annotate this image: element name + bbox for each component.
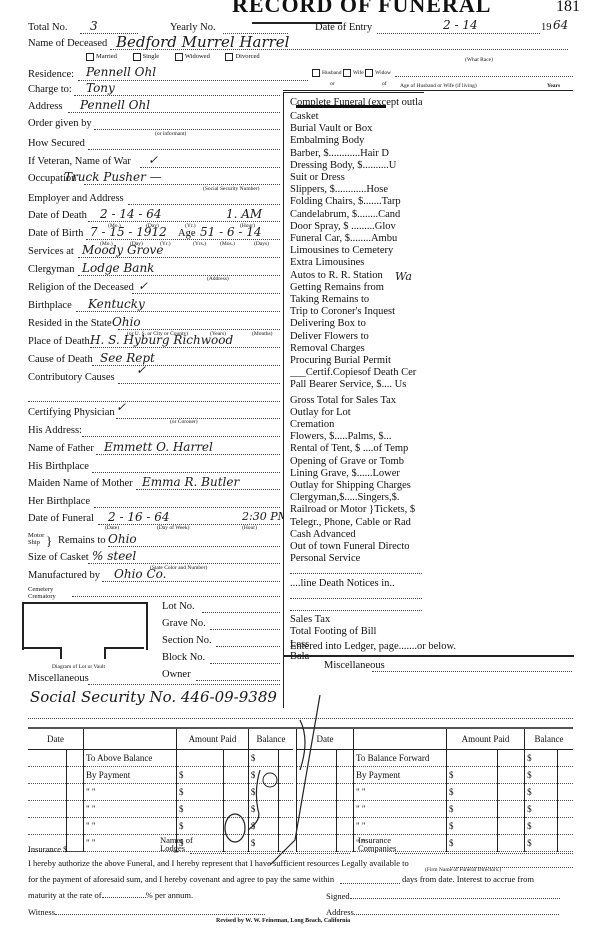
charge-to-value: Tony <box>86 81 115 95</box>
date-of-entry-value: 2 - 14 <box>443 18 478 32</box>
charge-item[interactable]: Clergyman,$.....Singers,$. <box>290 492 422 503</box>
charge-item[interactable]: Opening of Grave or Tomb <box>290 456 422 467</box>
charge-item[interactable]: Cremation <box>290 419 422 430</box>
veteran-field[interactable]: If Veteran, Name of War ✓ <box>28 156 280 169</box>
divorced-checkbox[interactable]: Divorced <box>225 53 259 60</box>
name-value: Bedford Murrel Harrel <box>116 33 289 51</box>
charge-item[interactable]: Folding Chairs, $.......Tarp <box>290 196 422 207</box>
charge-item[interactable]: Barber, $............Hair D <box>290 148 422 159</box>
manufactured-by-value: Ohio Co. <box>114 567 166 581</box>
his-address-label: His Address: <box>28 425 82 436</box>
address-field[interactable]: Address Pennell Ohl <box>28 101 280 114</box>
charge-item[interactable] <box>290 590 422 599</box>
remains-to-label: Remains to <box>58 535 106 546</box>
marital-status-options: Married Single Widowed Divorced <box>86 53 260 61</box>
charge-to-label: Charge to: <box>28 84 72 95</box>
page-number: 181 <box>556 0 580 16</box>
ledger-row-label: To Above Balance <box>84 750 177 767</box>
charge-item[interactable]: Deliver Flowers to <box>290 331 422 342</box>
his-birthplace-label: His Birthplace <box>28 461 89 472</box>
authorization-line-1: I hereby authorize the above Funeral, an… <box>28 858 409 868</box>
charge-item[interactable]: Embalming Body <box>290 135 422 146</box>
ledger-entry-label: Entered into Ledger, page.......or below… <box>290 641 570 652</box>
charge-item[interactable]: Getting Remains from <box>290 282 422 293</box>
charge-item[interactable]: Out of town Funeral Directo <box>290 541 422 552</box>
charge-item[interactable]: Delivering Box to <box>290 318 422 329</box>
lot-diagram-label: Diagram of Lot or Vault <box>52 664 105 670</box>
widow-checkbox[interactable]: Widow <box>365 70 391 76</box>
motor-ship-label: Motor Ship <box>28 532 44 546</box>
ledger-left-date-header: Date <box>28 729 84 750</box>
resided-label: Resided in the State <box>28 318 112 329</box>
ledger-row-label: " " <box>84 801 177 818</box>
age-label: Age <box>178 228 196 239</box>
charge-item[interactable]: Flowers, $.....Palms, $... <box>290 431 422 442</box>
widowed-checkbox[interactable]: Widowed <box>175 53 210 60</box>
miscellaneous-field[interactable]: Miscellaneous <box>28 673 280 686</box>
her-birthplace-label: Her Birthplace <box>28 496 90 507</box>
spouse-of: of <box>382 81 387 87</box>
lodges-label: Names of Lodges <box>160 836 200 852</box>
birthplace-field[interactable]: Birthplace Kentucky <box>28 300 280 313</box>
clergyman-field[interactable]: Clergyman Lodge Bank <box>28 264 280 277</box>
grave-no-field[interactable]: Grave No. <box>162 618 280 631</box>
occupation-value: Truck Pusher — <box>64 170 162 184</box>
charge-item[interactable]: ___Certif.Copiesof Death Cer <box>290 367 422 378</box>
spouse-options: Husband Wife Widow <box>312 69 391 77</box>
how-secured-label: How Secured <box>28 138 85 149</box>
contributory-causes-label: Contributory Causes <box>28 372 115 383</box>
veteran-value: ✓ <box>148 153 158 167</box>
lodges-field[interactable] <box>190 853 350 854</box>
casket-size-value: % steel <box>92 549 136 563</box>
section-no-field[interactable]: Section No. <box>162 635 280 648</box>
charge-item[interactable]: Outlay for Shipping Charges <box>290 480 422 491</box>
charge-item[interactable]: Removal Charges <box>290 343 422 354</box>
how-secured-field[interactable]: How Secured <box>28 138 280 151</box>
residence-value: Pennell Ohl <box>86 65 156 79</box>
charge-to-field[interactable]: Charge to: Tony <box>28 84 280 97</box>
spouse-or: or <box>330 81 335 87</box>
charge-item[interactable]: Candelabrum, $........Cand <box>290 209 422 220</box>
manufactured-by-label: Manufactured by <box>28 570 100 581</box>
charge-item[interactable]: Cash Advanced <box>290 529 422 540</box>
charge-item[interactable]: Taking Remains to <box>290 294 422 305</box>
date-of-entry-label: Date of Entry <box>315 22 372 33</box>
witness-field[interactable]: Witness <box>28 907 265 917</box>
charge-item[interactable]: Total Footing of Bill <box>290 626 422 637</box>
charge-item[interactable]: Casket <box>290 111 422 122</box>
veteran-label: If Veteran, Name of War <box>28 156 131 167</box>
casket-size-label: Size of Casket <box>28 552 89 563</box>
remains-to-value: Ohio <box>108 532 137 546</box>
place-of-death-value: H. S. Hyburg Richwood <box>90 333 233 347</box>
charge-item[interactable]: Door Spray, $ .........Glov <box>290 221 422 232</box>
total-no-value: 3 <box>90 19 98 33</box>
charge-item[interactable]: Personal Service <box>290 553 422 564</box>
firm-name-sub: (Firm Name of Funeral Directors.) <box>425 867 501 873</box>
his-address-field[interactable]: His Address: <box>28 425 280 438</box>
what-race-sub: (What Race) <box>465 57 493 63</box>
year-prefix: 19 <box>541 22 552 33</box>
contributory-causes-field[interactable]: Contributory Causes ✓ <box>28 372 280 385</box>
order-given-label: Order given by <box>28 118 92 129</box>
charge-item[interactable]: Lining Grave, $......Lower <box>290 468 422 479</box>
ledger-right-balance-header: Balance <box>525 729 573 750</box>
occupation-field[interactable]: Occupation Truck Pusher — <box>28 173 280 186</box>
residence-label: Residence: <box>28 69 74 80</box>
panel-miscellaneous-label: Miscellaneous <box>324 660 456 671</box>
spouse-age-unit: Years <box>547 83 560 89</box>
address-value: Pennell Ohl <box>80 98 150 112</box>
date-of-death-label: Date of Death <box>28 210 87 221</box>
name-label: Name of Deceased <box>28 38 107 49</box>
father-name-value: Emmett O. Harrel <box>104 440 213 454</box>
manufactured-by-field[interactable]: Manufactured by Ohio Co. <box>28 570 280 583</box>
date-of-birth-field[interactable]: Date of Birth 7 - 15 - 1912 Age 51 - 6 -… <box>28 228 280 241</box>
charge-item[interactable]: Sales Tax <box>290 614 422 625</box>
funeral-hour-value: 2:30 PM <box>242 510 289 523</box>
ledger-row-label: By Payment <box>84 767 177 784</box>
charge-item[interactable]: Limousines to Cemetery <box>290 245 422 256</box>
name-of-deceased-field[interactable]: Name of Deceased Bedford Murrel Harrel <box>28 38 568 51</box>
authorization-line-2: for the payment of aforesaid sum, and I … <box>28 874 334 884</box>
her-birthplace-field[interactable]: Her Birthplace <box>28 496 280 509</box>
charges-panel: Complete Funeral (except outlays)CasketB… <box>283 92 424 708</box>
charge-item[interactable]: Rental of Tent, $ ....of Temp <box>290 443 422 454</box>
husband-checkbox[interactable]: Husband <box>312 70 342 76</box>
date-of-birth-value: 7 - 15 - 1912 <box>90 225 167 239</box>
lot-no-field[interactable]: Lot No. <box>162 601 280 614</box>
services-label: Services at <box>28 246 74 257</box>
charge-item[interactable] <box>290 565 422 574</box>
charge-item[interactable]: Procuring Burial Permit <box>290 355 422 366</box>
charge-item[interactable]: Trip to Coroner's Inquest <box>290 306 422 317</box>
getting-remains-value: Wa <box>395 270 412 283</box>
age-value: 51 - 6 - 14 <box>200 225 262 239</box>
date-of-death-value: 2 - 14 - 64 <box>100 207 162 221</box>
mother-name-value: Emma R. Butler <box>142 475 239 489</box>
year-value: 64 <box>553 18 568 32</box>
ledger-row-label: " " <box>354 818 447 835</box>
ledger-row-label: To Balance Forward <box>354 750 447 767</box>
signed-field[interactable]: Signed <box>326 891 560 901</box>
authorization-line-3: maturity at the rate of% per annum. <box>28 890 193 900</box>
charge-item[interactable]: ....line Death Notices in.. <box>290 578 422 589</box>
charge-item[interactable]: Railroad or Motor }Tickets, $ <box>290 504 422 515</box>
spouse-age-label: Age of Husband or Wife (if living) <box>400 83 477 89</box>
signer-address-field[interactable]: Address <box>326 907 559 917</box>
complete-funeral-underline <box>296 105 386 108</box>
date-of-death-hour: 1. AM <box>226 207 262 221</box>
cause-of-death-field[interactable]: Cause of Death See Rept <box>28 354 280 367</box>
ssn-sub: (Social Security Number) <box>203 186 260 192</box>
charge-item[interactable]: Pall Bearer Service, $.... Us <box>290 379 422 390</box>
remains-to-field[interactable]: Remains to Ohio <box>58 535 280 548</box>
charge-item[interactable]: Suit or Dress <box>290 172 422 183</box>
insurance-field[interactable]: Insurance $ <box>28 844 152 854</box>
total-no-label: Total No. <box>28 22 68 33</box>
birthplace-label: Birthplace <box>28 300 72 311</box>
block-no-field[interactable]: Block No. <box>162 652 280 665</box>
charge-item[interactable]: Slippers, $............Hose <box>290 184 422 195</box>
ledger-row-label: " " <box>354 784 447 801</box>
ledger-row-label: " " <box>84 818 177 835</box>
charge-item[interactable]: Dressing Body, $..........U <box>290 160 422 171</box>
funeral-date-value: 2 - 16 - 64 <box>108 510 170 524</box>
date-of-entry-field[interactable]: Date of Entry 2 - 14 19 64 <box>315 22 570 35</box>
mother-name-field[interactable]: Maiden Name of Mother Emma R. Butler <box>28 478 280 491</box>
page-title: RECORD OF FUNERAL <box>232 0 491 18</box>
clergyman-value: Lodge Bank <box>82 261 154 275</box>
employer-field[interactable]: Employer and Address <box>28 193 280 206</box>
resided-value: Ohio <box>112 315 141 329</box>
ledger-row-label: By Payment <box>354 767 447 784</box>
wife-checkbox[interactable]: Wife <box>343 70 364 76</box>
cause-of-death-value: See Rept <box>100 351 155 365</box>
insurance-companies-field[interactable] <box>395 853 573 854</box>
order-given-field[interactable]: Order given by <box>28 118 280 131</box>
date-of-death-field[interactable]: Date of Death 2 - 14 - 64 1. AM <box>28 210 280 223</box>
charge-item[interactable]: Outlay for Lot <box>290 407 422 418</box>
services-field[interactable]: Services at Moody Grove <box>28 246 280 259</box>
order-given-sub: (or informant) <box>155 131 186 137</box>
brace: } <box>46 533 52 549</box>
married-checkbox[interactable]: Married <box>86 53 117 60</box>
yearly-no-label: Yearly No. <box>170 22 216 33</box>
birthplace-value: Kentucky <box>88 297 145 311</box>
charge-item[interactable]: Telegr., Phone, Cable or Rad <box>290 517 422 528</box>
certifying-physician-value: ✓ <box>116 400 126 414</box>
authorization-line-2-end: days from date. Interest to accrue from <box>402 874 534 884</box>
clergyman-label: Clergyman <box>28 264 74 275</box>
place-of-death-field[interactable]: Place of Death H. S. Hyburg Richwood <box>28 336 280 349</box>
cemetery-field[interactable] <box>72 596 280 597</box>
date-of-birth-label: Date of Birth <box>28 228 83 239</box>
services-value: Moody Grove <box>82 243 163 257</box>
lot-diagram <box>22 602 148 650</box>
ledger-row-label: " " <box>84 784 177 801</box>
charge-item[interactable]: Extra Limousines <box>290 257 422 268</box>
insurance-companies-label: Insurance Companies <box>358 836 408 852</box>
father-name-label: Name of Father <box>28 443 94 454</box>
charge-item[interactable]: Funeral Car, $........Ambu <box>290 233 422 244</box>
certifying-physician-label: Certifying Physician <box>28 407 115 418</box>
charge-item[interactable]: Burial Vault or Box <box>290 123 422 134</box>
ledger-row-label: " " <box>354 801 447 818</box>
religion-field[interactable]: Religion of the Deceased ✓ <box>28 282 280 295</box>
his-birthplace-field[interactable]: His Birthplace <box>28 461 280 474</box>
residence-field[interactable]: Residence: Pennell Ohl <box>28 69 308 82</box>
religion-label: Religion of the Deceased <box>28 282 134 293</box>
employer-label: Employer and Address <box>28 193 124 204</box>
contributory-causes-value: ✓ <box>136 363 146 377</box>
charge-item[interactable]: Gross Total for Sales Tax <box>290 395 422 406</box>
resided-field[interactable]: Resided in the State Ohio <box>28 318 280 331</box>
miscellaneous-label: Miscellaneous <box>28 673 89 684</box>
signature-scrawl <box>200 690 350 870</box>
funeral-date-label: Date of Funeral <box>28 513 94 524</box>
casket-size-field[interactable]: Size of Casket % steel <box>28 552 280 565</box>
religion-value: ✓ <box>138 279 148 293</box>
cause-of-death-label: Cause of Death <box>28 354 93 365</box>
father-name-field[interactable]: Name of Father Emmett O. Harrel <box>28 443 280 456</box>
days-field[interactable] <box>340 883 400 884</box>
single-checkbox[interactable]: Single <box>133 53 160 60</box>
revised-by-credit: Revised by W. W. Feineman, Long Beach, C… <box>216 918 350 924</box>
certifying-physician-field[interactable]: Certifying Physician ✓ <box>28 407 280 420</box>
ledger-right-amount-header: Amount Paid <box>447 729 525 750</box>
place-of-death-label: Place of Death <box>28 336 90 347</box>
mother-name-label: Maiden Name of Mother <box>28 478 133 489</box>
charge-item[interactable] <box>290 602 422 611</box>
cemetery-crematory-label: CemeteryCrematory <box>28 586 56 600</box>
address-label: Address <box>28 101 62 112</box>
